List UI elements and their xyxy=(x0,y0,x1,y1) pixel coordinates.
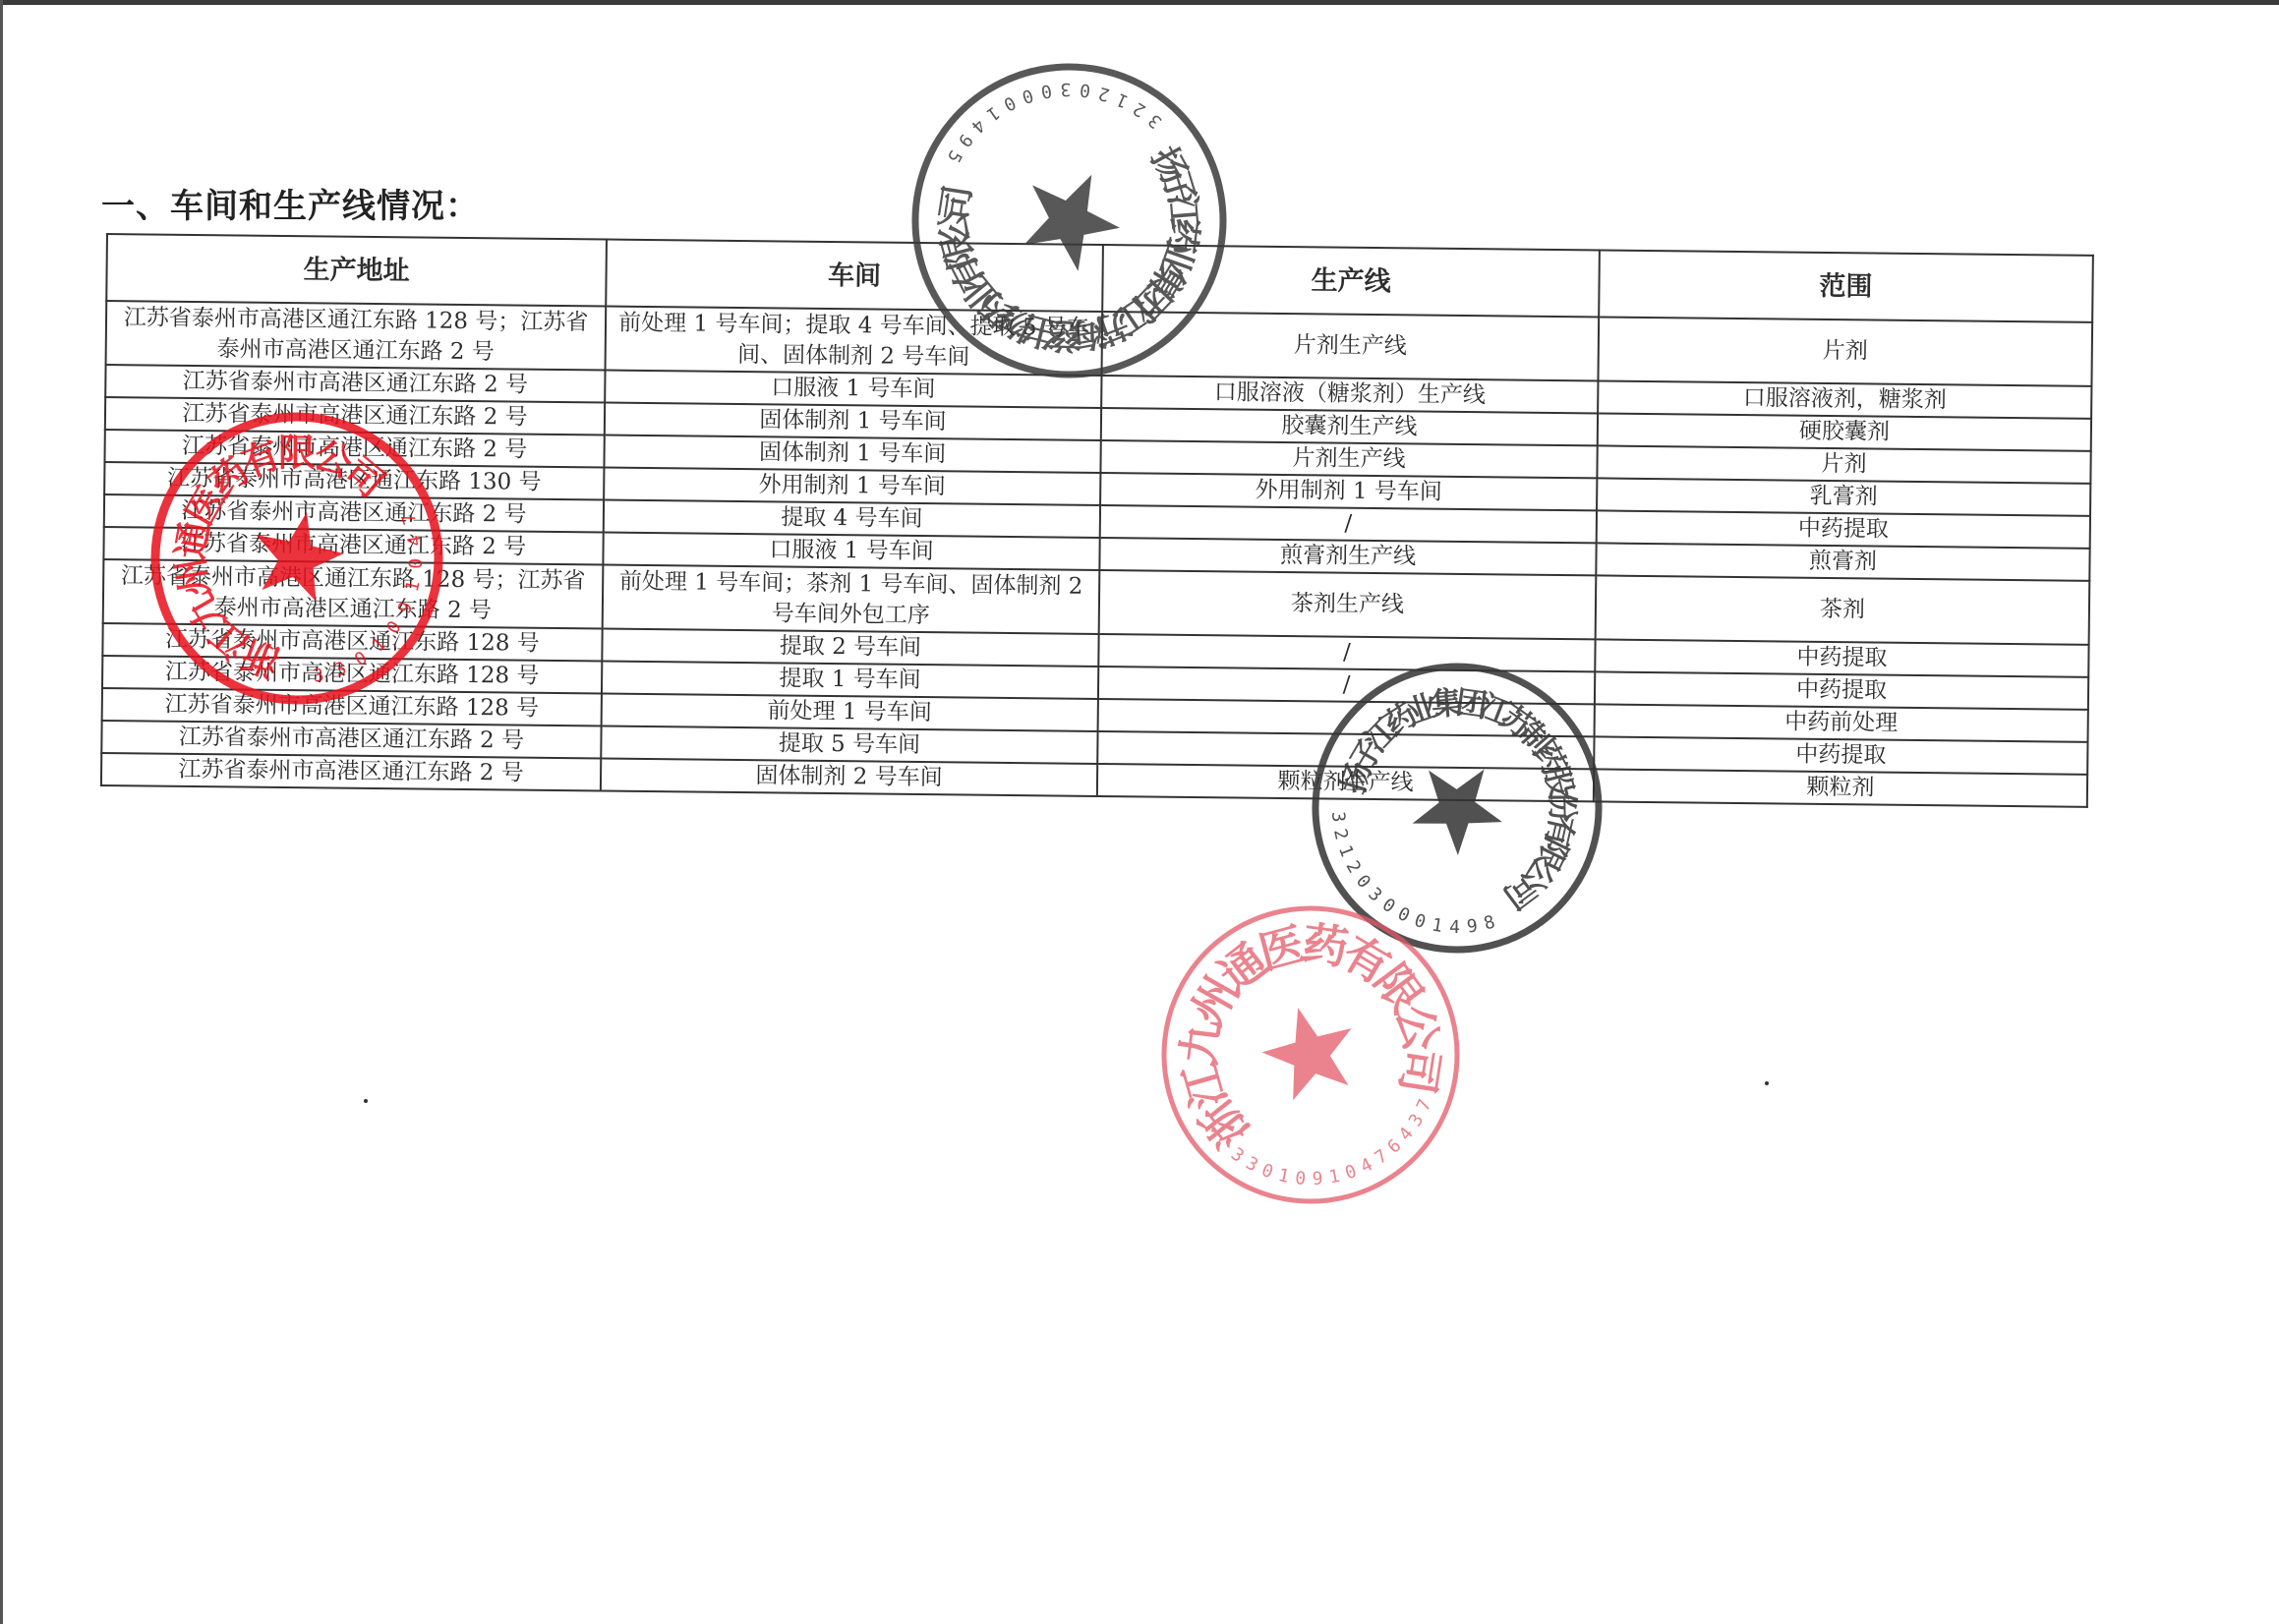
svg-text:医: 医 xyxy=(1254,917,1311,980)
svg-text:3: 3 xyxy=(1060,79,1071,99)
cell-address: 江苏省泰州市高港区通江东路 2 号 xyxy=(104,430,604,467)
cell-address: 江苏省泰州市高港区通江东路 2 号 xyxy=(103,527,603,564)
cell-address: 江苏省泰州市高港区通江东路 128 号；江苏省泰州市高港区通江东路 2 号 xyxy=(106,301,607,370)
cell-workshop: 提取 1 号车间 xyxy=(602,661,1098,698)
svg-text:4: 4 xyxy=(966,115,988,138)
jiuzhoutong-stamp: 浙江九州通医药有限公司33010910476437 xyxy=(1158,902,1463,1207)
cell-address: 江苏省泰州市高港区通江东路 2 号 xyxy=(104,494,604,532)
svg-text:7: 7 xyxy=(1371,1145,1391,1168)
svg-text:有: 有 xyxy=(1538,812,1581,851)
svg-text:公: 公 xyxy=(934,208,976,246)
svg-text:5: 5 xyxy=(943,146,966,166)
svg-text:通: 通 xyxy=(1209,933,1277,1003)
svg-text:子: 子 xyxy=(1153,165,1202,210)
svg-text:九: 九 xyxy=(1172,1016,1230,1068)
svg-text:0: 0 xyxy=(1378,895,1399,917)
svg-text:州: 州 xyxy=(1181,967,1250,1033)
svg-text:扬: 扬 xyxy=(1142,141,1195,191)
cell-address: 江苏省泰州市高港区通江东路 2 号 xyxy=(105,397,605,435)
svg-text:2: 2 xyxy=(1342,857,1366,877)
svg-text:公: 公 xyxy=(1386,1000,1449,1057)
svg-text:0: 0 xyxy=(1412,910,1429,933)
scan-edge-top xyxy=(0,0,2279,5)
section-heading: 一、车间和生产线情况： xyxy=(101,179,480,227)
svg-text:限: 限 xyxy=(1528,832,1575,876)
svg-text:3: 3 xyxy=(1227,1144,1248,1167)
svg-text:6: 6 xyxy=(1383,1135,1405,1158)
svg-text:司: 司 xyxy=(934,183,979,224)
cell-scope: 中药提取 xyxy=(1594,736,2087,774)
cell-workshop: 外用制剂 1 号车间 xyxy=(604,467,1100,504)
svg-text:7: 7 xyxy=(1413,1096,1436,1114)
svg-text:1: 1 xyxy=(1431,915,1444,938)
cell-production-line xyxy=(1098,699,1595,736)
cell-production-line: 外用制剂 1 号车间 xyxy=(1100,473,1597,510)
svg-text:江: 江 xyxy=(1161,192,1204,230)
cell-workshop: 提取 5 号车间 xyxy=(601,725,1097,763)
scan-speck xyxy=(364,1099,368,1103)
cell-scope: 煎膏剂 xyxy=(1596,543,2089,580)
cell-scope: 中药提取 xyxy=(1595,671,2088,709)
svg-text:江: 江 xyxy=(1173,1056,1237,1114)
svg-text:3: 3 xyxy=(1327,811,1349,823)
cell-scope: 中药提取 xyxy=(1597,510,2090,548)
workshop-table: 生产地址 车间 生产线 范围 江苏省泰州市高港区通江东路 128 号；江苏省泰州… xyxy=(100,233,2094,808)
svg-text:3: 3 xyxy=(1242,1153,1260,1177)
svg-text:0: 0 xyxy=(1394,903,1413,927)
svg-text:浙: 浙 xyxy=(1190,1089,1259,1158)
svg-text:9: 9 xyxy=(1312,1169,1323,1190)
svg-text:8: 8 xyxy=(1482,911,1497,934)
svg-text:2: 2 xyxy=(1130,97,1149,121)
cell-scope: 片剂 xyxy=(1597,445,2090,483)
cell-production-line: / xyxy=(1098,634,1595,671)
header-address: 生产地址 xyxy=(106,234,607,306)
svg-text:1: 1 xyxy=(1276,1165,1291,1188)
svg-text:1: 1 xyxy=(982,102,1003,125)
cell-scope: 中药提取 xyxy=(1595,639,2088,676)
cell-production-line: 片剂生产线 xyxy=(1100,440,1597,478)
svg-text:3: 3 xyxy=(1364,884,1385,906)
svg-text:9: 9 xyxy=(1466,915,1479,937)
cell-production-line: 片剂生产线 xyxy=(1101,312,1599,380)
svg-text:4: 4 xyxy=(1395,1124,1418,1145)
svg-text:0: 0 xyxy=(1343,1161,1360,1184)
cell-address: 江苏省泰州市高港区通江东路 130 号 xyxy=(104,462,604,499)
cell-scope: 硬胶囊剂 xyxy=(1598,413,2091,450)
svg-text:1: 1 xyxy=(1327,1166,1342,1189)
cell-address: 江苏省泰州市高港区通江东路 2 号 xyxy=(101,721,601,758)
cell-workshop: 前处理 1 号车间 xyxy=(602,693,1098,730)
header-production-line: 生产线 xyxy=(1102,245,1600,317)
svg-text:0: 0 xyxy=(1258,1160,1275,1183)
cell-workshop: 固体制剂 2 号车间 xyxy=(601,758,1097,795)
svg-text:0: 0 xyxy=(1000,91,1019,115)
cell-production-line: 茶剂生产线 xyxy=(1099,570,1597,639)
cell-workshop: 前处理 1 号车间；茶剂 1 号车间、固体制剂 2 号车间外包工序 xyxy=(603,564,1100,633)
scan-speck xyxy=(1765,1081,1769,1085)
svg-text:4: 4 xyxy=(1357,1154,1375,1178)
svg-text:0: 0 xyxy=(1295,1168,1308,1189)
cell-production-line xyxy=(1097,731,1594,769)
svg-text:3: 3 xyxy=(1405,1110,1429,1130)
cell-production-line: 胶囊剂生产线 xyxy=(1101,408,1598,445)
svg-text:0: 0 xyxy=(1020,85,1036,107)
cell-address: 江苏省泰州市高港区通江东路 128 号 xyxy=(102,656,602,693)
cell-scope: 颗粒剂 xyxy=(1594,769,2087,806)
cell-address: 江苏省泰州市高港区通江东路 128 号 xyxy=(102,688,602,725)
svg-text:0: 0 xyxy=(1079,79,1091,100)
cell-workshop: 口服液 1 号车间 xyxy=(603,532,1099,569)
svg-text:药: 药 xyxy=(1300,916,1352,975)
cell-workshop: 提取 2 号车间 xyxy=(602,628,1098,666)
header-scope: 范围 xyxy=(1599,250,2093,321)
cell-scope: 口服溶液剂，糖浆剂 xyxy=(1598,380,2091,418)
svg-text:4: 4 xyxy=(1449,917,1460,938)
cell-scope: 乳膏剂 xyxy=(1597,478,2090,515)
cell-address: 江苏省泰州市高港区通江东路 2 号 xyxy=(105,365,605,402)
cell-address: 江苏省泰州市高港区通江东路 128 号；江苏省泰州市高港区通江东路 2 号 xyxy=(103,559,604,628)
cell-production-line: 煎膏剂生产线 xyxy=(1099,538,1596,575)
cell-scope: 茶剂 xyxy=(1596,575,2090,644)
svg-text:2: 2 xyxy=(1329,827,1352,841)
svg-text:司: 司 xyxy=(1496,868,1544,917)
svg-text:1: 1 xyxy=(1113,88,1131,112)
cell-workshop: 口服液 1 号车间 xyxy=(605,370,1101,407)
cell-address: 江苏省泰州市高港区通江东路 2 号 xyxy=(101,753,601,790)
cell-workshop: 前处理 1 号车间；提取 4 号车间、提取 5 号车间、固体制剂 2 号车间 xyxy=(606,307,1103,376)
cell-scope: 片剂 xyxy=(1598,317,2092,385)
svg-text:公: 公 xyxy=(1513,851,1562,899)
svg-text:9: 9 xyxy=(954,130,976,150)
svg-text:3: 3 xyxy=(1144,110,1166,133)
svg-text:司: 司 xyxy=(1390,1045,1449,1098)
cell-workshop: 提取 4 号车间 xyxy=(604,499,1100,537)
cell-production-line: / xyxy=(1098,667,1595,704)
svg-text:限: 限 xyxy=(1364,955,1433,1022)
svg-text:有: 有 xyxy=(1333,925,1399,994)
svg-text:0: 0 xyxy=(1352,871,1374,892)
cell-production-line: 口服溶液（糖浆剂）生产线 xyxy=(1101,376,1598,413)
cell-workshop: 固体制剂 1 号车间 xyxy=(604,435,1100,472)
cell-workshop: 固体制剂 1 号车间 xyxy=(605,402,1101,439)
svg-text:0: 0 xyxy=(1039,80,1053,102)
header-workshop: 车间 xyxy=(606,240,1103,312)
workshop-table-container: 生产地址 车间 生产线 范围 江苏省泰州市高港区通江东路 128 号；江苏省泰州… xyxy=(100,233,2092,808)
cell-scope: 中药前处理 xyxy=(1595,704,2088,741)
cell-address: 江苏省泰州市高港区通江东路 128 号 xyxy=(102,623,602,661)
svg-text:1: 1 xyxy=(1334,842,1357,860)
scan-edge-left xyxy=(0,0,3,1624)
cell-production-line: 颗粒剂生产线 xyxy=(1097,764,1594,801)
svg-text:2: 2 xyxy=(1096,83,1112,105)
cell-production-line: / xyxy=(1100,505,1597,543)
